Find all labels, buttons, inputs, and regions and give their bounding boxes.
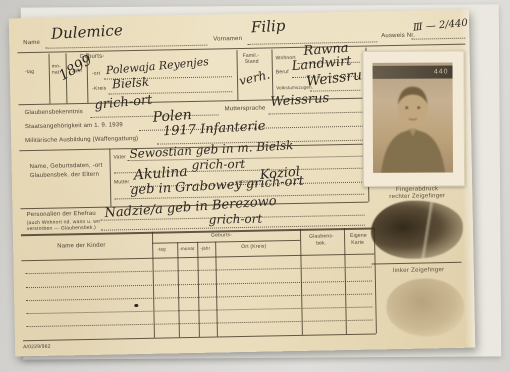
muttersprache-value: Weissrus [270,92,330,109]
geburts-kreis-value: Bielsk [112,76,150,91]
children-col-jahr: -jahr [200,247,210,252]
vater-value-2: grich-ort [192,158,246,171]
children-col-name: Name der Kinder [57,243,105,251]
ink-spot [134,304,138,307]
vornamen-value: Filip [251,19,286,36]
ausweis-label: Ausweis Nr. [381,33,415,40]
mutter-label: Mutter [114,180,129,186]
children-col-eigene-1: Eigene [350,234,367,240]
fingerprint-left-icon [386,278,465,337]
geburts-tag-label: -tag [25,70,35,76]
geburts-ort-value: Polewaja Reyenjes [105,56,209,76]
portrait-illustration [373,62,454,172]
geburts-kreis-label: -Kreis [92,87,106,93]
muttersprache-underline [269,112,363,115]
famil-right-line [271,49,273,99]
parents-label-2: Glaubensbek. der Eltern [30,172,99,180]
children-col-glaubensbek-2: bek. [316,241,326,247]
famil-label-2: Stand [245,60,259,66]
registration-card: Name Dulemice Vornamen Filip Ausweis Nr.… [9,10,475,357]
children-col-eigene-2: Karte [351,241,364,247]
fingerprint-right-label: rechter Zeigefinger [362,193,472,201]
portrait-photo: 440 [373,62,454,172]
parents-label-1: Name, Geburtsdaten, -ort [30,163,103,171]
children-col-ort: Ort (Kreis) [241,245,266,251]
children-col-monat: -monat [179,247,194,252]
ausweis-underline [411,38,465,40]
scan-background: Name Dulemice Vornamen Filip Ausweis Nr.… [0,0,510,372]
staatsangehoerigkeit-label: Staatsangehörigkeit am 1. 9. 1939 [25,122,123,130]
glauben-label: Glaubensbekenntnis [25,109,83,117]
geburts-subheader-line [152,240,300,244]
ehefrau-label-3: verstorben — Glaubensbek.) [27,226,96,233]
children-col-glaubensbek-1: Glaubens- [309,234,334,240]
fingerprint-right-icon [370,200,463,260]
form-number: A/0229/962 [23,345,51,351]
name-label: Name [23,40,40,47]
vornamen-label: Vornamen [213,36,242,43]
famil-value: verh. [238,68,271,87]
name-value: Dulemice [51,23,123,42]
fingerprint-left-label: linker Zeigefinger [364,267,474,275]
parents-divider-line [109,149,111,207]
militaer-label: Militärische Ausbildung (Waffengattung) [25,136,138,145]
photo-frame: 440 [362,50,465,187]
children-col-tag: -tag [157,247,166,252]
geburts-jahr-value: 1899 [57,53,95,83]
fingerprint-divider [372,262,462,265]
militaer-value: 1917 Infanterie [163,120,266,139]
ehefrau-label-1: Personalien der Ehefrau [27,211,96,219]
beruf-label: Beruf [276,70,289,76]
geburts-ort-label: -ort [92,72,100,78]
vater-label: Vater [113,155,126,161]
ehefrau-value-2: grich-ort [209,213,263,226]
glauben-value: grich-ort [94,94,153,112]
muttersprache-label: Muttersprache [225,106,266,113]
birth-grid-line-1 [48,54,50,104]
children-col-geburts: Geburts- [211,233,232,239]
photo-stamp-band: 440 [373,65,453,78]
